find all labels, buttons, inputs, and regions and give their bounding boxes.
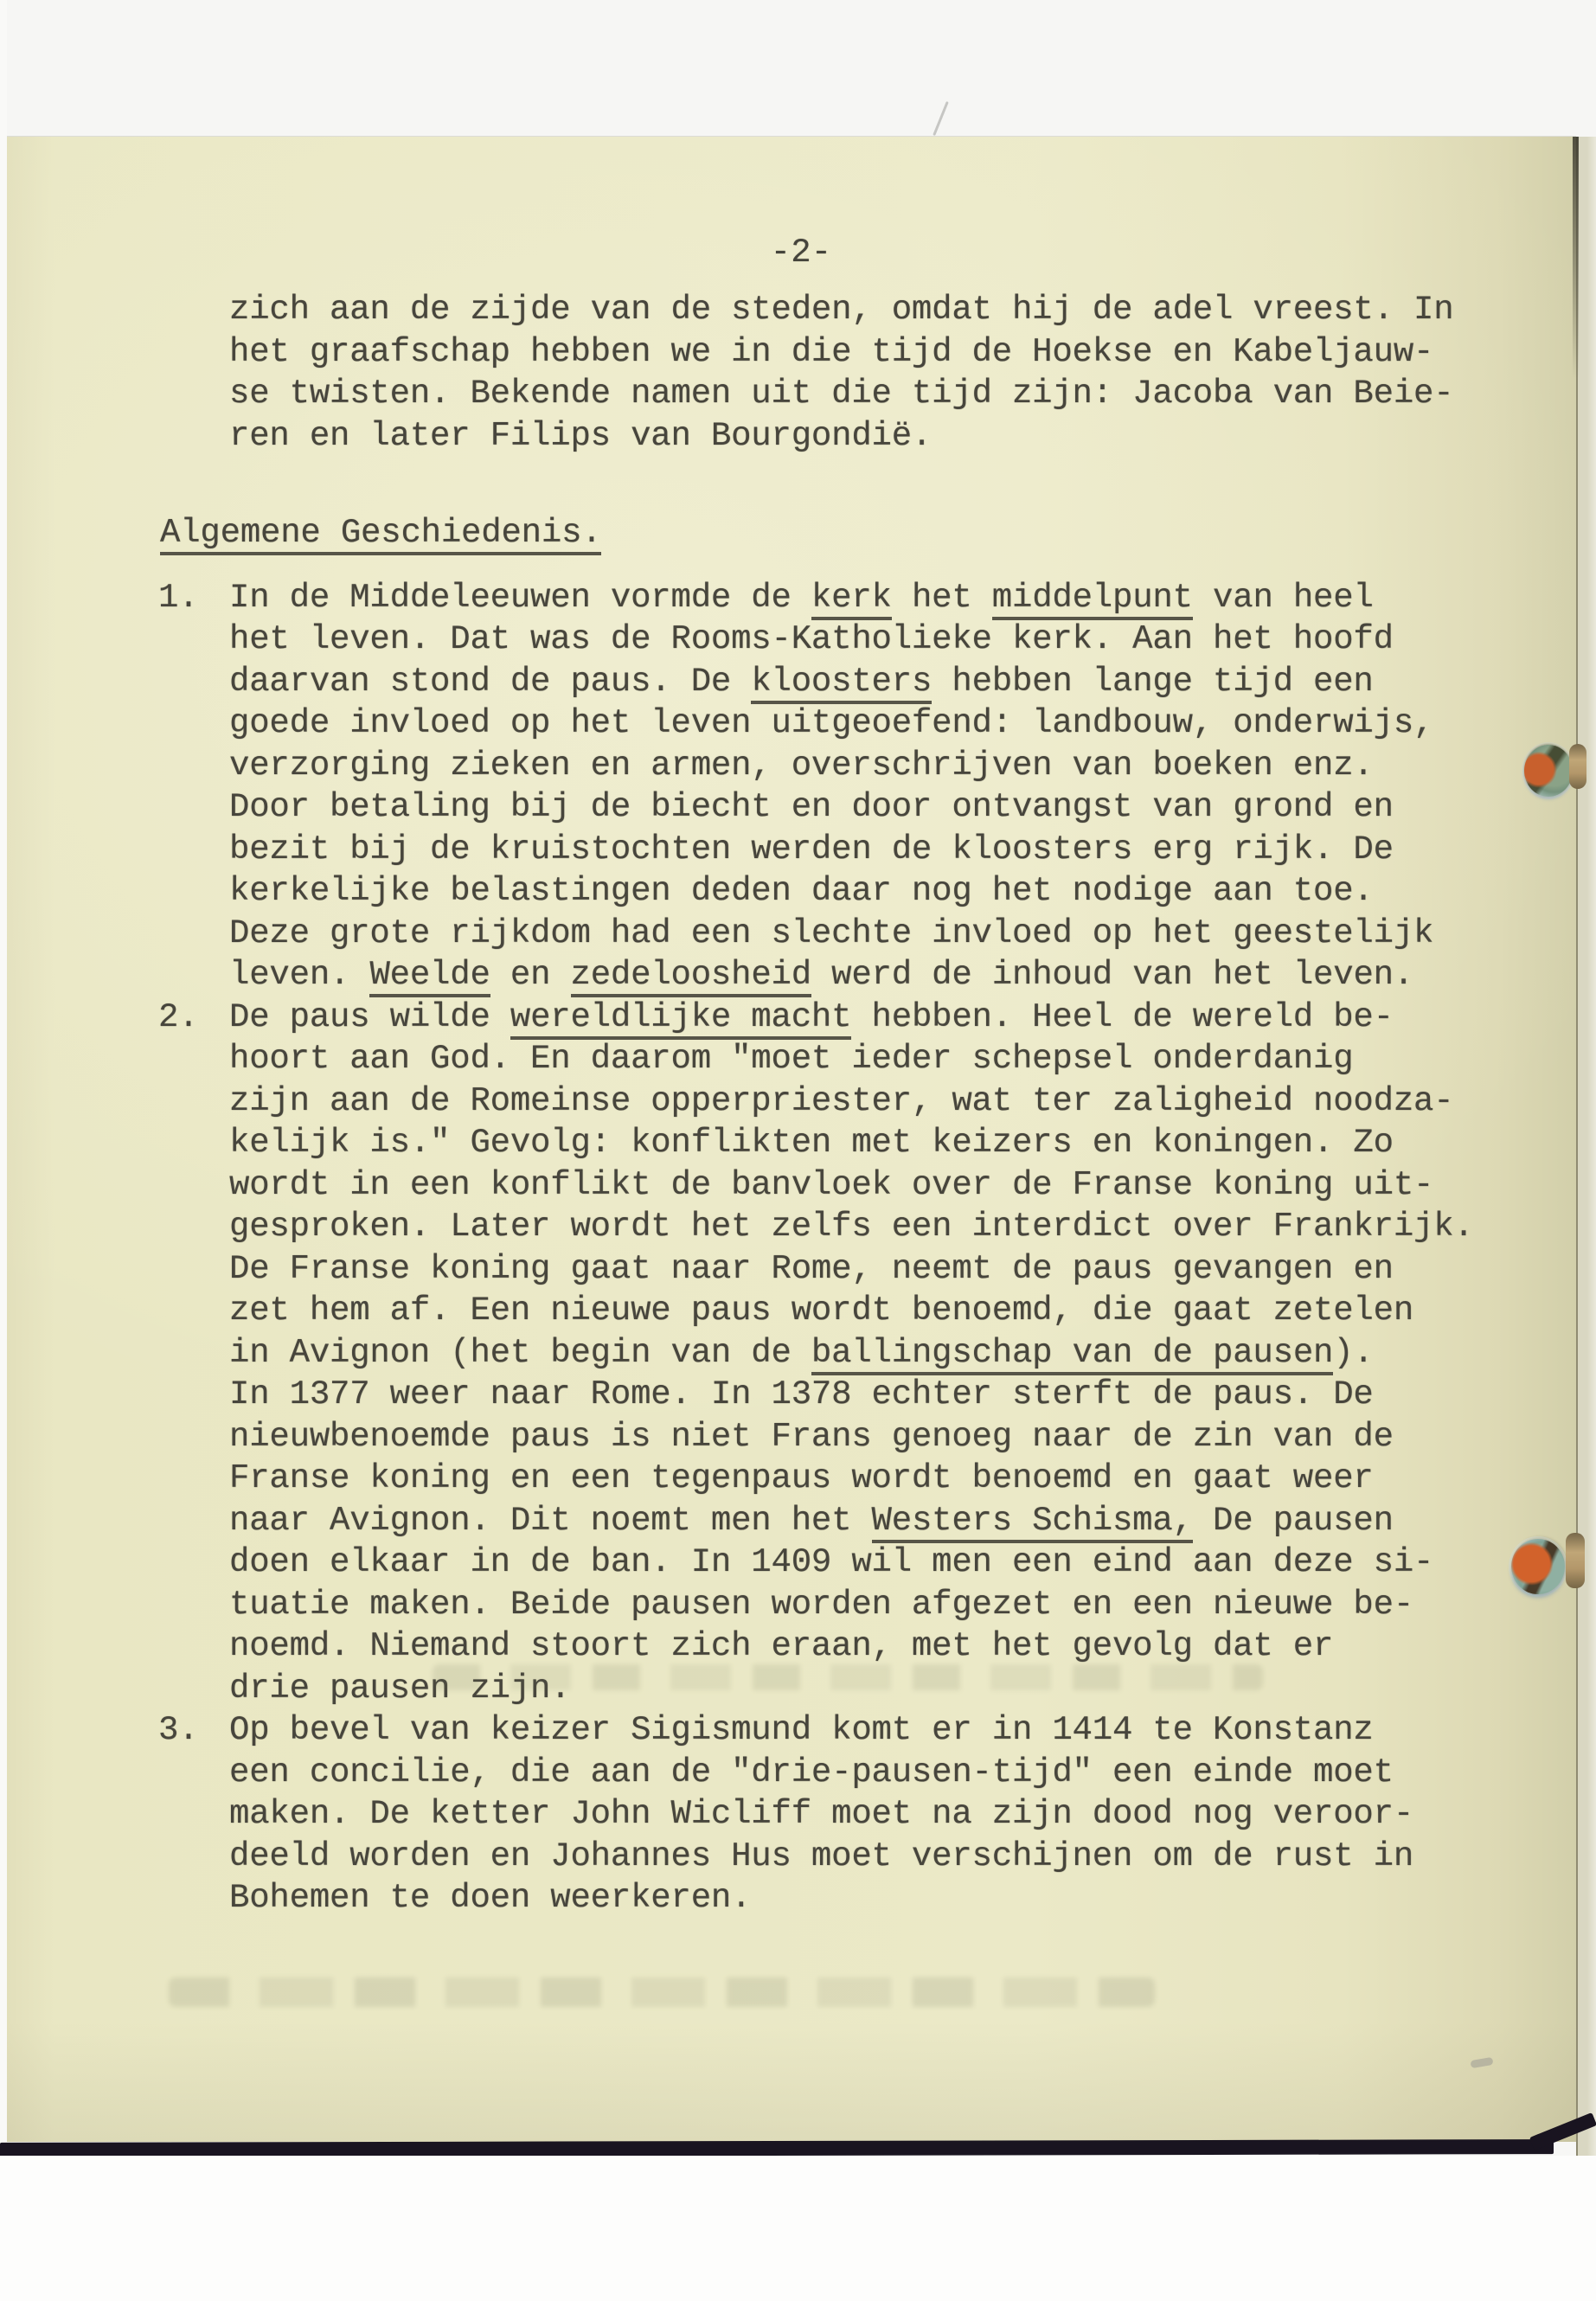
text-run: wordt in een konflikt de banvloek over d…	[229, 1166, 1433, 1204]
text-run: werd de inhoud van het leven.	[811, 956, 1413, 994]
text-run: zijn aan de Romeinse opperpriester, wat …	[229, 1082, 1453, 1120]
text-run: van heel	[1193, 579, 1374, 617]
underlined-text: Westers Schisma,	[872, 1502, 1193, 1543]
text-run: kelijk is." Gevolg: konflikten met keize…	[229, 1124, 1394, 1162]
text-run: een concilie, die aan de "drie-pausen-ti…	[229, 1753, 1394, 1791]
text-line: nieuwbenoemde paus is niet Frans genoeg …	[229, 1416, 1525, 1458]
text-line: het leven. Dat was de Rooms-Katholieke k…	[229, 619, 1525, 661]
text-run: Deze grote rijkdom had een slechte invlo…	[229, 914, 1433, 952]
list-item: 3.Op bevel van keizer Sigismund komt er …	[158, 1709, 1525, 1920]
text-line: het graafschap hebben we in die tijd de …	[229, 331, 1525, 374]
page-stack-edge	[1576, 137, 1596, 2156]
text-line: goede invloed op het leven uitgeoefend: …	[229, 702, 1525, 745]
section-heading-text: Algemene Geschiedenis.	[160, 514, 601, 555]
underlined-text: ballingschap van de pausen	[811, 1334, 1333, 1375]
text-run: in Avignon (het begin van de	[229, 1334, 811, 1372]
text-run: In de Middeleeuwen vormde de	[229, 579, 811, 617]
text-line: In 1377 weer naar Rome. In 1378 echter s…	[229, 1374, 1525, 1416]
page-edge-shadow	[1573, 137, 1579, 379]
text-run: daarvan stond de paus. De	[229, 663, 751, 701]
underlined-text: kloosters	[751, 663, 932, 704]
text-run: Op bevel van keizer Sigismund komt er in…	[229, 1711, 1374, 1749]
text-line: daarvan stond de paus. De kloosters hebb…	[229, 661, 1525, 703]
text-run: Franse koning en een tegenpaus wordt ben…	[229, 1459, 1374, 1497]
text-line: kerkelijke belastingen deden daar nog he…	[229, 870, 1525, 913]
text-line: Door betaling bij de biecht en door ontv…	[229, 786, 1525, 829]
page-number: -2-	[697, 232, 905, 273]
text-line: Op bevel van keizer Sigismund komt er in…	[229, 1709, 1525, 1752]
text-line: doen elkaar in de ban. In 1409 wil men e…	[229, 1541, 1525, 1584]
page-bottom-edge	[0, 2139, 1554, 2157]
text-line: noemd. Niemand stoort zich eraan, met he…	[229, 1625, 1525, 1668]
scan-background-top	[0, 0, 1596, 137]
ink-bleed-through	[169, 1977, 1155, 2007]
text-line: De Franse koning gaat naar Rome, neemt d…	[229, 1248, 1525, 1291]
text-line: maken. De ketter John Wicliff moet na zi…	[229, 1793, 1525, 1836]
text-line: ren en later Filips van Bourgondië.	[229, 415, 1525, 458]
text-line: leven. Weelde en zedeloosheid werd de in…	[229, 954, 1525, 997]
underlined-text: Weelde	[369, 956, 490, 997]
text-run: het leven. Dat was de Rooms-Katholieke k…	[229, 620, 1394, 658]
text-run: noemd. Niemand stoort zich eraan, met he…	[229, 1627, 1333, 1665]
text-run: hoort aan God. En daarom "moet ieder sch…	[229, 1040, 1353, 1078]
text-line: se twisten. Bekende namen uit die tijd z…	[229, 373, 1525, 415]
list-item: 2.De paus wilde wereldlijke macht hebben…	[158, 997, 1525, 1710]
scan-background-left	[0, 0, 7, 2301]
section-heading: Algemene Geschiedenis.	[160, 512, 1525, 554]
text-run: en	[490, 956, 571, 994]
text-run: gesproken. Later wordt het zelfs een int…	[229, 1208, 1474, 1246]
text-run: De paus wilde	[229, 998, 510, 1036]
text-line: verzorging zieken en armen, overschrijve…	[229, 745, 1525, 787]
text-line: wordt in een konflikt de banvloek over d…	[229, 1164, 1525, 1207]
text-run: maken. De ketter John Wicliff moet na zi…	[229, 1795, 1413, 1833]
text-run: De Franse koning gaat naar Rome, neemt d…	[229, 1250, 1394, 1288]
list-item-number: 1.	[158, 577, 198, 619]
text-run: bezit bij de kruistochten werden de kloo…	[229, 830, 1394, 868]
text-run: het graafschap hebben we in die tijd de …	[229, 333, 1433, 371]
text-run: tuatie maken. Beide pausen worden afgeze…	[229, 1586, 1413, 1624]
text-run: se twisten. Bekende namen uit die tijd z…	[229, 375, 1453, 413]
text-run: verzorging zieken en armen, overschrijve…	[229, 747, 1374, 785]
text-run: doen elkaar in de ban. In 1409 wil men e…	[229, 1543, 1433, 1581]
underlined-text: middelpunt	[992, 579, 1193, 620]
text-line: zijn aan de Romeinse opperpriester, wat …	[229, 1080, 1525, 1123]
underlined-text: zedeloosheid	[571, 956, 811, 997]
binder-hole	[1511, 1539, 1565, 1594]
list-item-number: 3.	[158, 1709, 198, 1752]
text-run: hebben. Heel de wereld be-	[851, 998, 1394, 1036]
text-line: in Avignon (het begin van de ballingscha…	[229, 1332, 1525, 1375]
text-line: zet hem af. Een nieuwe paus wordt benoem…	[229, 1290, 1525, 1332]
text-run: Door betaling bij de biecht en door ontv…	[229, 788, 1394, 826]
text-run: ).	[1333, 1334, 1373, 1372]
text-line: naar Avignon. Dit noemt men het Westers …	[229, 1500, 1525, 1542]
text-run: ren en later Filips van Bourgondië.	[229, 417, 932, 455]
text-run: naar Avignon. Dit noemt men het	[229, 1502, 872, 1540]
text-run: het	[892, 579, 992, 617]
text-line: In de Middeleeuwen vormde de kerk het mi…	[229, 577, 1525, 619]
text-line: kelijk is." Gevolg: konflikten met keize…	[229, 1122, 1525, 1164]
text-line: bezit bij de kruistochten werden de kloo…	[229, 829, 1525, 871]
text-line: tuatie maken. Beide pausen worden afgeze…	[229, 1584, 1525, 1626]
text-run: Bohemen te doen weerkeren.	[229, 1879, 751, 1917]
text-run: In 1377 weer naar Rome. In 1378 echter s…	[229, 1375, 1374, 1413]
text-run: nieuwbenoemde paus is niet Frans genoeg …	[229, 1418, 1394, 1456]
text-run: zet hem af. Een nieuwe paus wordt benoem…	[229, 1292, 1413, 1330]
text-run: deeld worden en Johannes Hus moet versch…	[229, 1837, 1413, 1875]
text-run: kerkelijke belastingen deden daar nog he…	[229, 872, 1374, 910]
text-run: zich aan de zijde van de steden, omdat h…	[229, 291, 1453, 329]
text-line: Franse koning en een tegenpaus wordt ben…	[229, 1458, 1525, 1500]
scanned-document-page: -2- zich aan de zijde van de steden, omd…	[0, 0, 1596, 2301]
binder-hole	[1524, 745, 1573, 797]
text-run: goede invloed op het leven uitgeoefend: …	[229, 704, 1433, 742]
text-run: leven.	[229, 956, 369, 994]
intro-paragraph: zich aan de zijde van de steden, omdat h…	[158, 289, 1525, 457]
underlined-text: kerk	[811, 579, 892, 620]
binder-ring-tab	[1569, 744, 1586, 789]
text-run: hebben lange tijd een	[932, 663, 1373, 701]
underlined-text: wereldlijke macht	[510, 998, 851, 1040]
text-line: zich aan de zijde van de steden, omdat h…	[229, 289, 1525, 331]
text-line: Deze grote rijkdom had een slechte invlo…	[229, 913, 1525, 955]
scan-background-bottom	[0, 2156, 1596, 2301]
text-line: De paus wilde wereldlijke macht hebben. …	[229, 997, 1525, 1039]
text-line: deeld worden en Johannes Hus moet versch…	[229, 1836, 1525, 1878]
list-item: 1.In de Middeleeuwen vormde de kerk het …	[158, 577, 1525, 997]
ink-bleed-through	[433, 1664, 1263, 1690]
numbered-list: 1.In de Middeleeuwen vormde de kerk het …	[158, 577, 1525, 1920]
text-line: hoort aan God. En daarom "moet ieder sch…	[229, 1038, 1525, 1080]
text-line: een concilie, die aan de "drie-pausen-ti…	[229, 1752, 1525, 1794]
text-run: De pausen	[1193, 1502, 1394, 1540]
list-item-number: 2.	[158, 997, 198, 1039]
binder-ring-tab	[1566, 1533, 1585, 1588]
text-line: Bohemen te doen weerkeren.	[229, 1877, 1525, 1920]
text-line: gesproken. Later wordt het zelfs een int…	[229, 1206, 1525, 1248]
